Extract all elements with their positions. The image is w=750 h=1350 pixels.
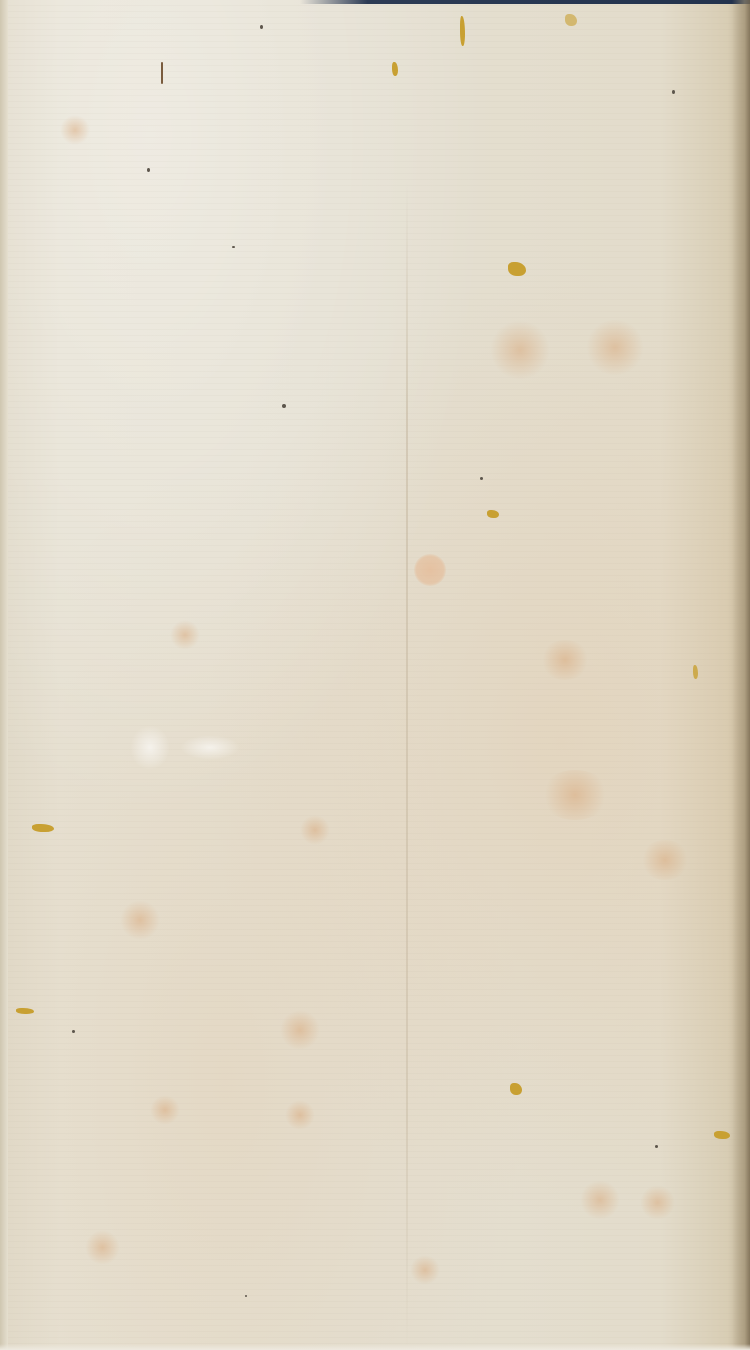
dirt-speck [260,25,263,29]
foxing-spot [490,320,550,380]
ochre-fleck [460,16,465,46]
ochre-fleck [510,1083,522,1095]
dirt-speck [672,90,675,94]
dirt-speck [282,404,286,408]
center-chain-line [406,180,408,1350]
foxing-spot [285,1100,315,1130]
binding-cloth-edge [300,0,750,4]
ochre-fleck [487,510,499,518]
foxing-spot [120,900,160,940]
foxing-spot [300,815,330,845]
ochre-fleck [565,14,577,26]
foxing-spot [280,1010,320,1050]
dirt-speck [245,1295,247,1297]
left-page-edge [0,0,8,1350]
foxing-spot [150,1095,180,1125]
dirt-speck [232,246,235,248]
dirt-speck [147,168,150,172]
dirt-speck [655,1145,658,1148]
dirt-speck [480,477,483,480]
dirt-speck [72,1030,75,1033]
laid-line-texture [0,0,750,1350]
ochre-fleck [392,62,398,76]
foxing-spot [60,115,90,145]
foxing-spot [410,1255,440,1285]
foxing-spot [85,1230,120,1265]
foxing-spot [640,1185,675,1220]
ochre-fleck [693,665,698,679]
bottom-page-edge [0,1344,750,1350]
ochre-fleck [32,824,54,832]
ochre-fleck [16,1008,34,1014]
dirt-speck [161,62,163,84]
foxing-spot [540,640,590,680]
water-stain [414,554,446,586]
foxing-spot [640,840,690,880]
foxing-spot [540,770,610,820]
foxing-spot [580,1180,620,1220]
abrasion-mark [180,735,240,760]
gutter-shadow [732,0,750,1350]
foxing-spot [170,620,200,650]
ochre-fleck [714,1131,730,1139]
abrasion-mark [130,725,170,770]
paper-page [0,0,750,1350]
ochre-fleck [508,262,526,276]
foxing-spot [585,320,645,375]
